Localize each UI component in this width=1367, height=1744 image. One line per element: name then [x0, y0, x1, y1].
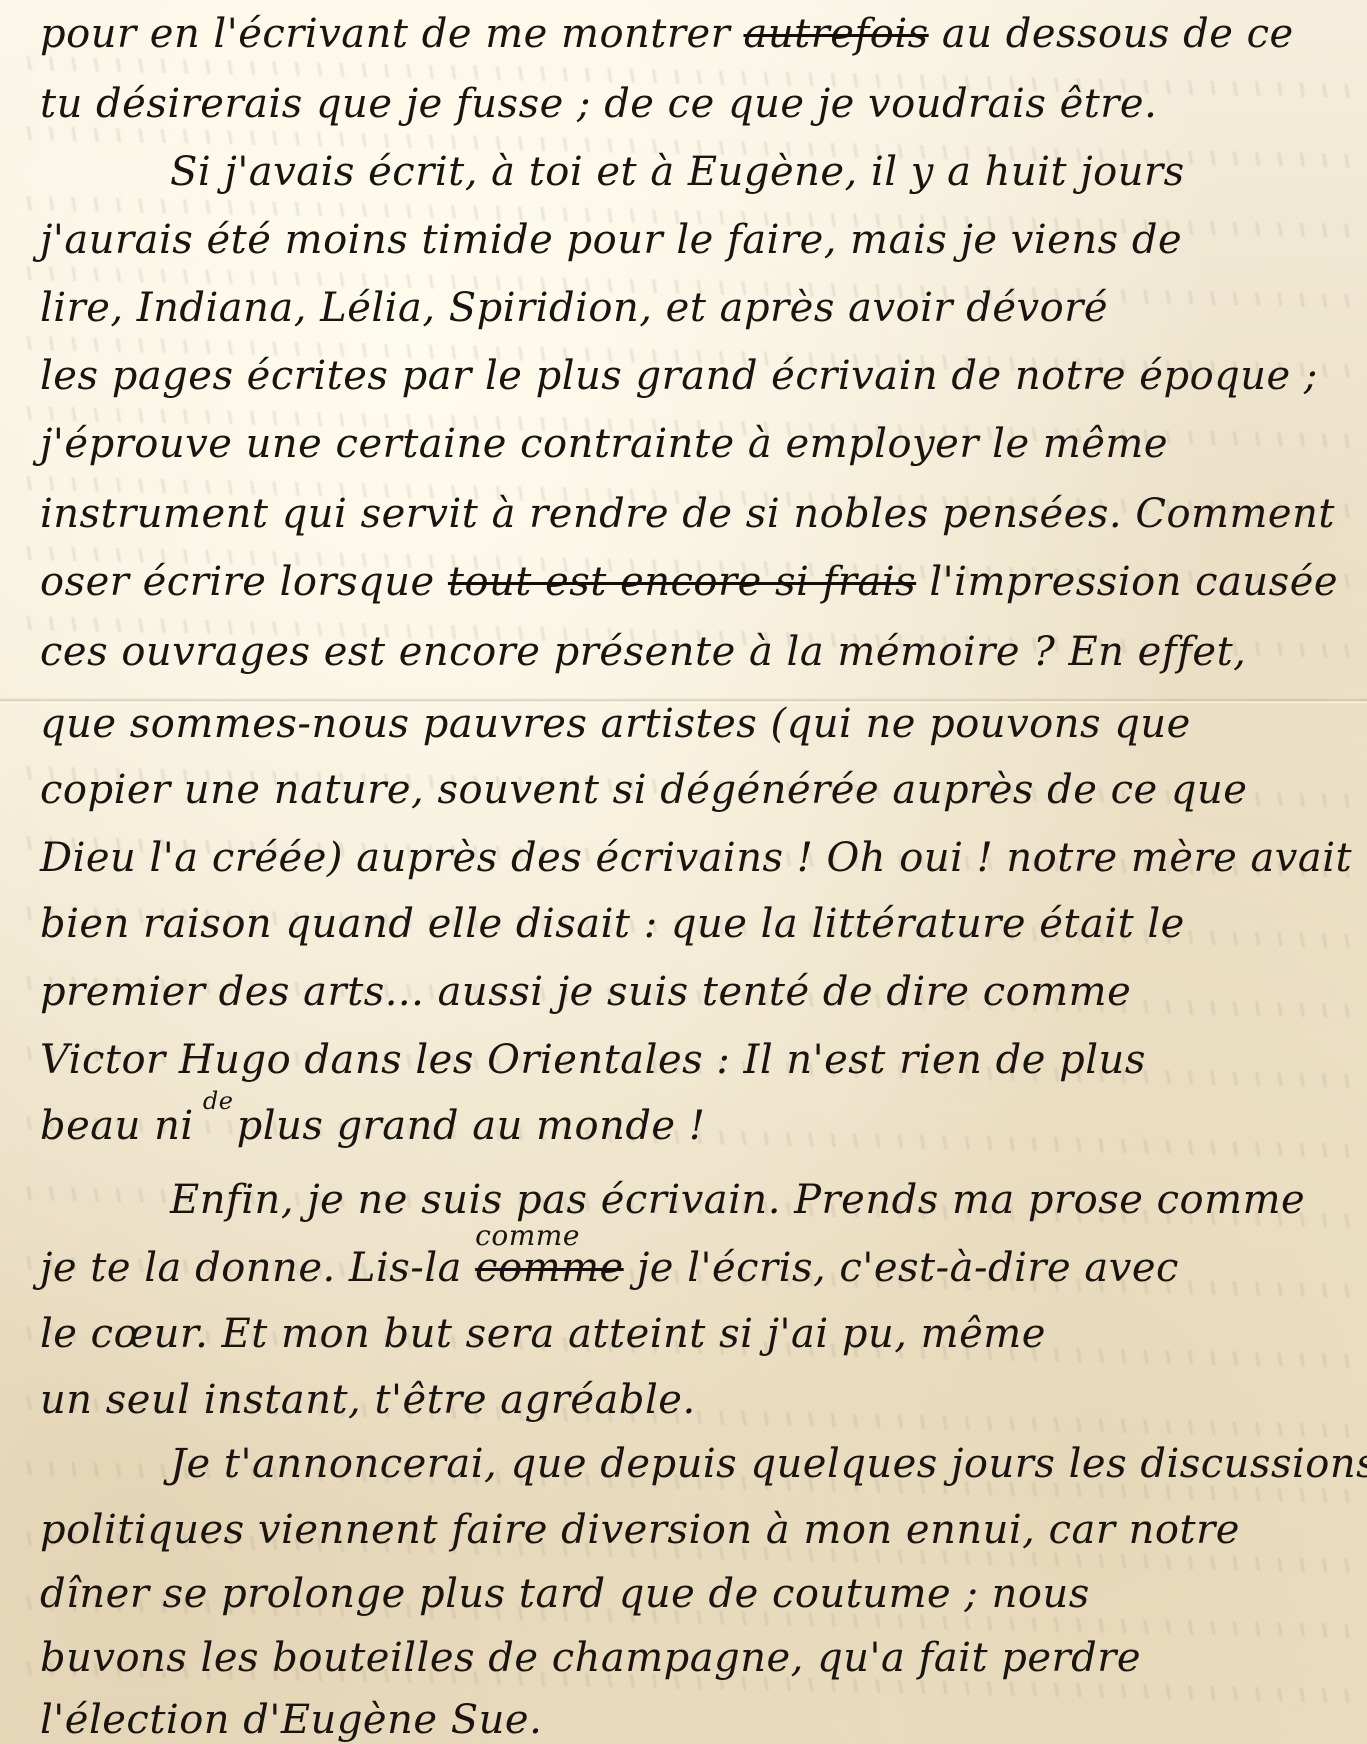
struck-text: tout est encore si frais	[448, 559, 916, 605]
letter-line: oser écrire lorsque tout est encore si f…	[40, 558, 1349, 606]
text-segment: politiques viennent faire diversion à mo…	[40, 1507, 1240, 1553]
text-segment: Je t'annoncerai, que depuis quelques jou…	[170, 1441, 1367, 1487]
letter-line: tu désirerais que je fusse ; de ce que j…	[40, 80, 1349, 128]
text-segment: l'élection d'Eugène Sue.	[40, 1697, 542, 1743]
text-segment: beau ni	[40, 1103, 207, 1149]
letter-line: buvons les bouteilles de champagne, qu'a…	[40, 1634, 1349, 1682]
correction: commecomme	[475, 1244, 624, 1292]
letter-page: pour en l'écrivant de me montrer autrefo…	[0, 0, 1367, 1744]
letter-line: je te la donne. Lis-la commecomme je l'é…	[40, 1244, 1349, 1292]
letter-line: Victor Hugo dans les Orientales : Il n'e…	[40, 1036, 1349, 1084]
superscript-insertion: de	[203, 1087, 234, 1115]
text-segment: premier des arts... aussi je suis tenté …	[40, 969, 1131, 1015]
text-segment: je l'écris, c'est-à-dire avec	[624, 1245, 1179, 1291]
text-segment: j'aurais été moins timide pour le faire,…	[40, 217, 1182, 263]
struck-text: autrefois	[744, 11, 929, 57]
text-segment: pour en l'écrivant de me montrer	[40, 11, 744, 57]
letter-line: politiques viennent faire diversion à mo…	[40, 1506, 1349, 1554]
letter-line: ces ouvrages est encore présente à la mé…	[40, 628, 1349, 676]
text-segment: instrument qui servit à rendre de si nob…	[40, 491, 1335, 537]
text-segment: Enfin, je ne suis pas écrivain. Prends m…	[170, 1177, 1305, 1223]
letter-line: lire, Indiana, Lélia, Spiridion, et aprè…	[40, 284, 1349, 332]
text-segment: copier une nature, souvent si dégénérée …	[40, 767, 1247, 813]
insertion-above: comme	[475, 1212, 580, 1260]
letter-line: Dieu l'a créée) auprès des écrivains ! O…	[40, 834, 1349, 882]
letter-line: un seul instant, t'être agréable.	[40, 1376, 1349, 1424]
letter-line: les pages écrites par le plus grand écri…	[40, 352, 1349, 400]
text-segment: Si j'avais écrit, à toi et à Eugène, il …	[170, 149, 1185, 195]
text-segment: les pages écrites par le plus grand écri…	[40, 353, 1318, 399]
text-segment: je te la donne. Lis-la	[40, 1245, 475, 1291]
letter-line: j'éprouve une certaine contrainte à empl…	[40, 420, 1349, 468]
letter-line: copier une nature, souvent si dégénérée …	[40, 766, 1349, 814]
text-segment: dîner se prolonge plus tard que de coutu…	[40, 1571, 1090, 1617]
letter-line: beau ni de plus grand au monde !	[40, 1102, 1349, 1155]
letter-line-paragraph-start: Si j'avais écrit, à toi et à Eugène, il …	[170, 148, 1349, 196]
letter-line-paragraph-start: Enfin, je ne suis pas écrivain. Prends m…	[170, 1176, 1349, 1224]
letter-line: dîner se prolonge plus tard que de coutu…	[40, 1570, 1349, 1618]
text-segment: ces ouvrages est encore présente à la mé…	[40, 629, 1246, 675]
letter-line: bien raison quand elle disait : que la l…	[40, 900, 1349, 948]
text-segment: au dessous de ce	[929, 11, 1294, 57]
text-segment: oser écrire lorsque	[40, 559, 448, 605]
letter-line: instrument qui servit à rendre de si nob…	[40, 490, 1349, 538]
text-segment: bien raison quand elle disait : que la l…	[40, 901, 1185, 947]
text-segment: l'impression causée	[916, 559, 1338, 605]
text-segment: Victor Hugo dans les Orientales : Il n'e…	[40, 1037, 1146, 1083]
text-segment: lire, Indiana, Lélia, Spiridion, et aprè…	[40, 285, 1108, 331]
letter-line: premier des arts... aussi je suis tenté …	[40, 968, 1349, 1016]
letter-line-paragraph-start: Je t'annoncerai, que depuis quelques jou…	[170, 1440, 1349, 1488]
letter-line: pour en l'écrivant de me montrer autrefo…	[40, 10, 1349, 58]
text-segment: buvons les bouteilles de champagne, qu'a…	[40, 1635, 1141, 1681]
letter-line: l'élection d'Eugène Sue.	[40, 1696, 1349, 1744]
text-segment: Dieu l'a créée) auprès des écrivains ! O…	[40, 835, 1352, 881]
text-segment: le cœur. Et mon but sera atteint si j'ai…	[40, 1311, 1046, 1357]
text-segment: tu désirerais que je fusse ; de ce que j…	[40, 81, 1157, 127]
letter-line: j'aurais été moins timide pour le faire,…	[40, 216, 1349, 264]
text-segment: j'éprouve une certaine contrainte à empl…	[40, 421, 1168, 467]
letter-line: que sommes-nous pauvres artistes (qui ne…	[40, 700, 1349, 748]
text-segment: plus grand au monde !	[223, 1103, 705, 1149]
text-segment: que sommes-nous pauvres artistes (qui ne…	[40, 701, 1191, 747]
text-segment: un seul instant, t'être agréable.	[40, 1377, 696, 1423]
letter-line: le cœur. Et mon but sera atteint si j'ai…	[40, 1310, 1349, 1358]
